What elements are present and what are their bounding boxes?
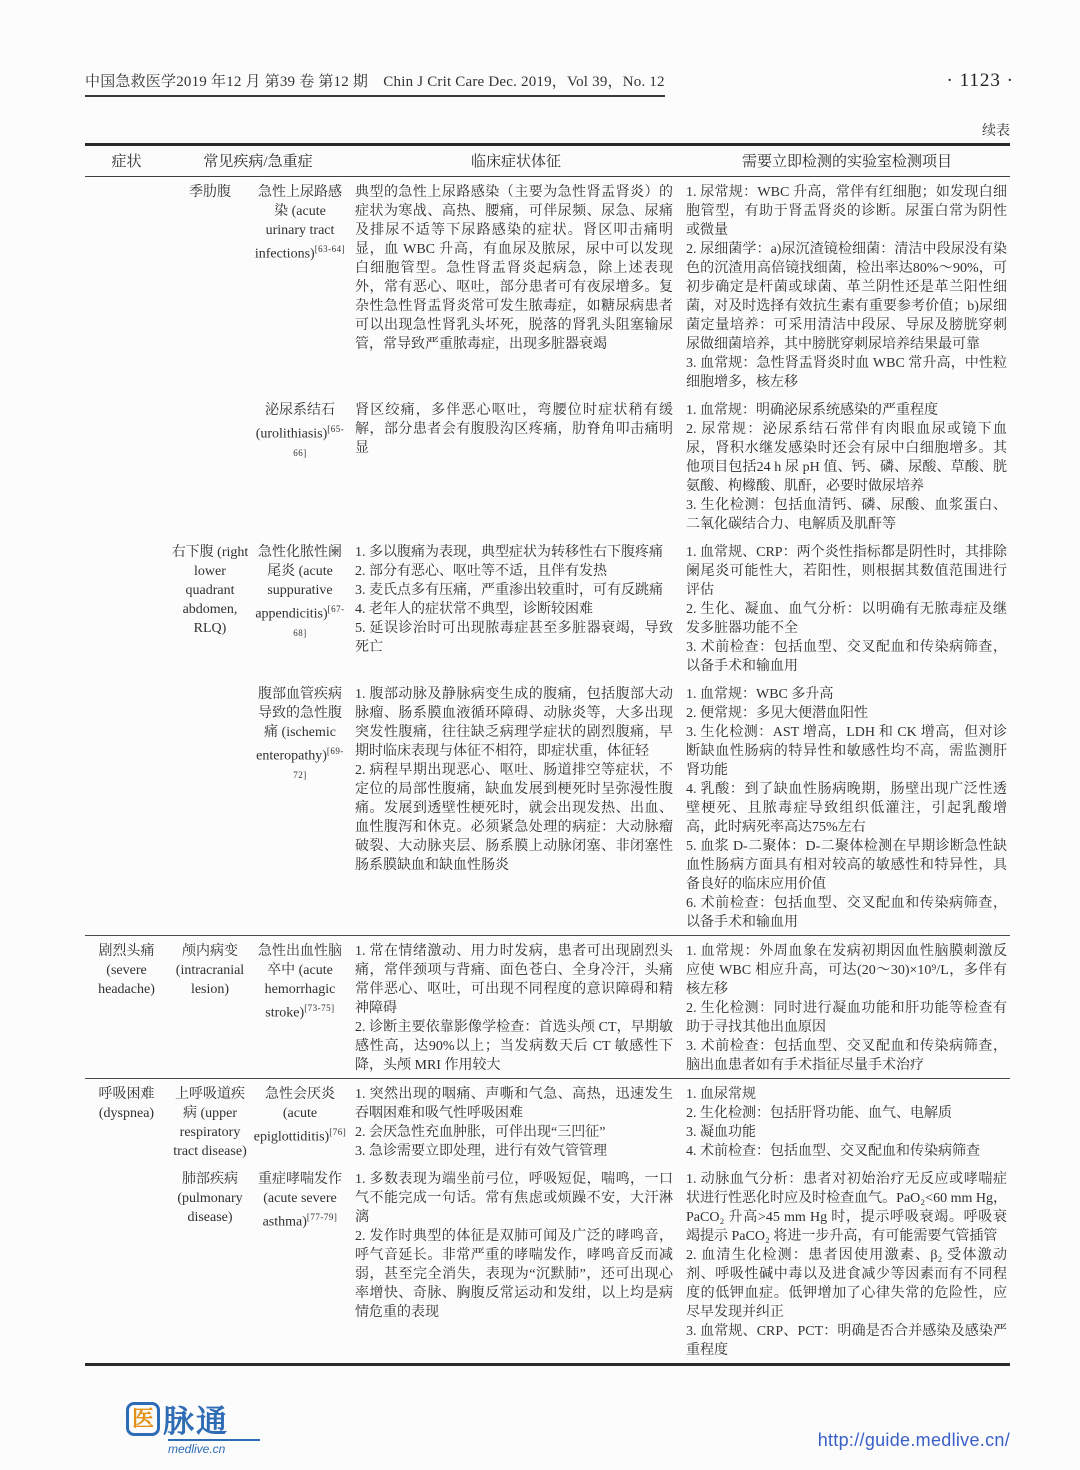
header-disease: 常见疾病/急重症 [168, 150, 348, 171]
medlive-logo-row: 医 脉通 [126, 1396, 296, 1441]
symptom-cell [85, 183, 168, 392]
table-row: 呼吸困难 (dyspnea) 上呼吸道疾病 (upper respiratory… [85, 1079, 1010, 1164]
table-row: 腹部血管疾病导致的急性腹痛 (ischemic enteropathy)[69-… [85, 679, 1010, 935]
disease-cell: 泌尿系结石 (urolithiasis)[65-66] [252, 401, 348, 534]
lab-cell: 1. 尿常规：WBC 升高，常伴有红细胞；如发现白细胞管型，有助于肾盂肾炎的诊断… [684, 183, 1010, 392]
citation: [76] [329, 1127, 346, 1137]
citation: [63-64] [315, 244, 346, 254]
citation: [73-75] [304, 1003, 335, 1013]
clinical-cell: 1. 常在情绪激动、用力时发病，患者可出现剧烈头痛，常伴颈项与背痛、面色苍白、全… [348, 942, 684, 1075]
category-cell [168, 685, 252, 932]
symptom-cell [85, 401, 168, 534]
table-row: 泌尿系结石 (urolithiasis)[65-66] 肾区绞痛，多伴恶心呕吐，… [85, 395, 1010, 537]
citation: [77-79] [307, 1212, 338, 1222]
medlive-logo-text: 脉通 [163, 1396, 229, 1441]
disease-cell: 腹部血管疾病导致的急性腹痛 (ischemic enteropathy)[69-… [252, 685, 348, 932]
table-group-dyspnea: 呼吸困难 (dyspnea) 上呼吸道疾病 (upper respiratory… [85, 1078, 1010, 1363]
category-cell: 颅内病变 (intracranial lesion) [168, 942, 252, 1075]
lab-cell: 1. 动脉血气分析：患者对初始治疗无反应或哮喘症状进行性恶化时应及时检查血气。P… [684, 1170, 1010, 1360]
table-group-headache: 剧烈头痛 (severe headache) 颅内病变 (intracrania… [85, 935, 1010, 1078]
lab-cell: 1. 血常规：WBC 多升高2. 便常规：多见大便潜血阳性3. 生化检测：AST… [684, 685, 1010, 932]
clinical-cell: 1. 腹部动脉及静脉病变生成的腹痛，包括腹部大动脉瘤、肠系膜血液循环障碍、动脉炎… [348, 685, 684, 932]
disease-cell: 急性上尿路感染 (acute urinary tract infections)… [252, 183, 348, 392]
disease-cell: 重症哮喘发作 (acute severe asthma)[77-79] [252, 1170, 348, 1360]
lab-cell: 1. 血常规：明确泌尿系统感染的严重程度2. 尿常规：泌尿系结石常伴有肉眼血尿或… [684, 401, 1010, 534]
disease-name: 急性会厌炎 (acute epiglottiditis) [254, 1087, 335, 1145]
medlive-logo-swoosh: medlive.cn [168, 1439, 260, 1456]
table-row: 季肋腹 急性上尿路感染 (acute urinary tract infecti… [85, 177, 1010, 395]
symptom-lab-table: 症状 常见疾病/急重症 临床症状体征 需要立即检测的实验室检测项目 季肋腹 急性… [85, 143, 1010, 1366]
journal-page: 中国急救医学2019 年12 月 第39 卷 第12 期 Chin J Crit… [0, 0, 1080, 1470]
category-cell [168, 401, 252, 534]
clinical-cell: 肾区绞痛，多伴恶心呕吐，弯腰位时症状稍有缓解，部分患者会有腹股沟区疼痛，肋脊角叩… [348, 401, 684, 534]
lab-cell: 1. 血常规、CRP：两个炎性指标都是阴性时，其排除阑尾炎可能性大，若阳性，则根… [684, 543, 1010, 676]
lab-cell: 1. 血常规：外周血象在发病初期因血性脑膜刺激反应使 WBC 相应升高，可达(2… [684, 942, 1010, 1075]
table-group-abdominal: 季肋腹 急性上尿路感染 (acute urinary tract infecti… [85, 177, 1010, 935]
table-section: 续表 症状 常见疾病/急重症 临床症状体征 需要立即检测的实验室检测项目 季肋腹… [85, 120, 1010, 1366]
table-row: 右下腹 (right lower quadrant abdomen, RLQ) … [85, 537, 1010, 679]
symptom-cell [85, 685, 168, 932]
symptom-cell: 呼吸困难 (dyspnea) [85, 1085, 168, 1161]
clinical-cell: 1. 多数表现为端坐前弓位，呼吸短促，喘鸣，一口气不能完成一句话。常有焦虑或烦躁… [348, 1170, 684, 1360]
clinical-cell: 1. 多以腹痛为表现，典型症状为转移性右下腹疼痛2. 部分有恶心、呕吐等不适，且… [348, 543, 684, 676]
guide-url-link[interactable]: http://guide.medlive.cn/ [818, 1430, 1010, 1451]
symptom-cell: 剧烈头痛 (severe headache) [85, 942, 168, 1075]
continued-table-label: 续表 [85, 120, 1010, 140]
header-clinical: 临床症状体征 [348, 150, 684, 171]
category-cell: 上呼吸道疾病 (upper respiratory tract disease) [168, 1085, 252, 1161]
table-row: 剧烈头痛 (severe headache) 颅内病变 (intracrania… [85, 936, 1010, 1078]
disease-name: 泌尿系结石 (urolithiasis) [256, 403, 335, 442]
running-head: 中国急救医学2019 年12 月 第39 卷 第12 期 Chin J Crit… [85, 70, 1014, 97]
category-cell: 季肋腹 [168, 183, 252, 392]
table-row: 肺部疾病 (pulmonary disease) 重症哮喘发作 (acute s… [85, 1164, 1010, 1363]
header-symptom: 症状 [85, 150, 168, 171]
symptom-cell [85, 1170, 168, 1360]
header-lab: 需要立即检测的实验室检测项目 [684, 150, 1010, 171]
lab-cell: 1. 血尿常规2. 生化检测：包括肝肾功能、血气、电解质3. 凝血功能4. 术前… [684, 1085, 1010, 1161]
disease-cell: 急性出血性脑卒中 (acute hemorrhagic stroke)[73-7… [252, 942, 348, 1075]
clinical-cell: 1. 突然出现的咽痛、声嘶和气急、高热，迅速发生吞咽困难和吸气性呼吸困难2. 会… [348, 1085, 684, 1161]
journal-citation: 中国急救医学2019 年12 月 第39 卷 第12 期 Chin J Crit… [85, 70, 665, 97]
page-number: · 1123 · [947, 70, 1014, 92]
disease-cell: 急性化脓性阑尾炎 (acute suppurative appendicitis… [252, 543, 348, 676]
clinical-cell: 典型的急性上尿路感染（主要为急性肾盂肾炎）的症状为寒战、高热、腰痛，可伴尿频、尿… [348, 183, 684, 392]
medlive-logo: 医 脉通 medlive.cn [126, 1396, 296, 1456]
disease-cell: 急性会厌炎 (acute epiglottiditis)[76] [252, 1085, 348, 1161]
category-cell: 右下腹 (right lower quadrant abdomen, RLQ) [168, 543, 252, 676]
medlive-logo-domain: medlive.cn [168, 1441, 260, 1456]
table-header-row: 症状 常见疾病/急重症 临床症状体征 需要立即检测的实验室检测项目 [85, 146, 1010, 177]
medlive-logo-icon: 医 [126, 1402, 160, 1436]
symptom-cell [85, 543, 168, 676]
category-cell: 肺部疾病 (pulmonary disease) [168, 1170, 252, 1360]
